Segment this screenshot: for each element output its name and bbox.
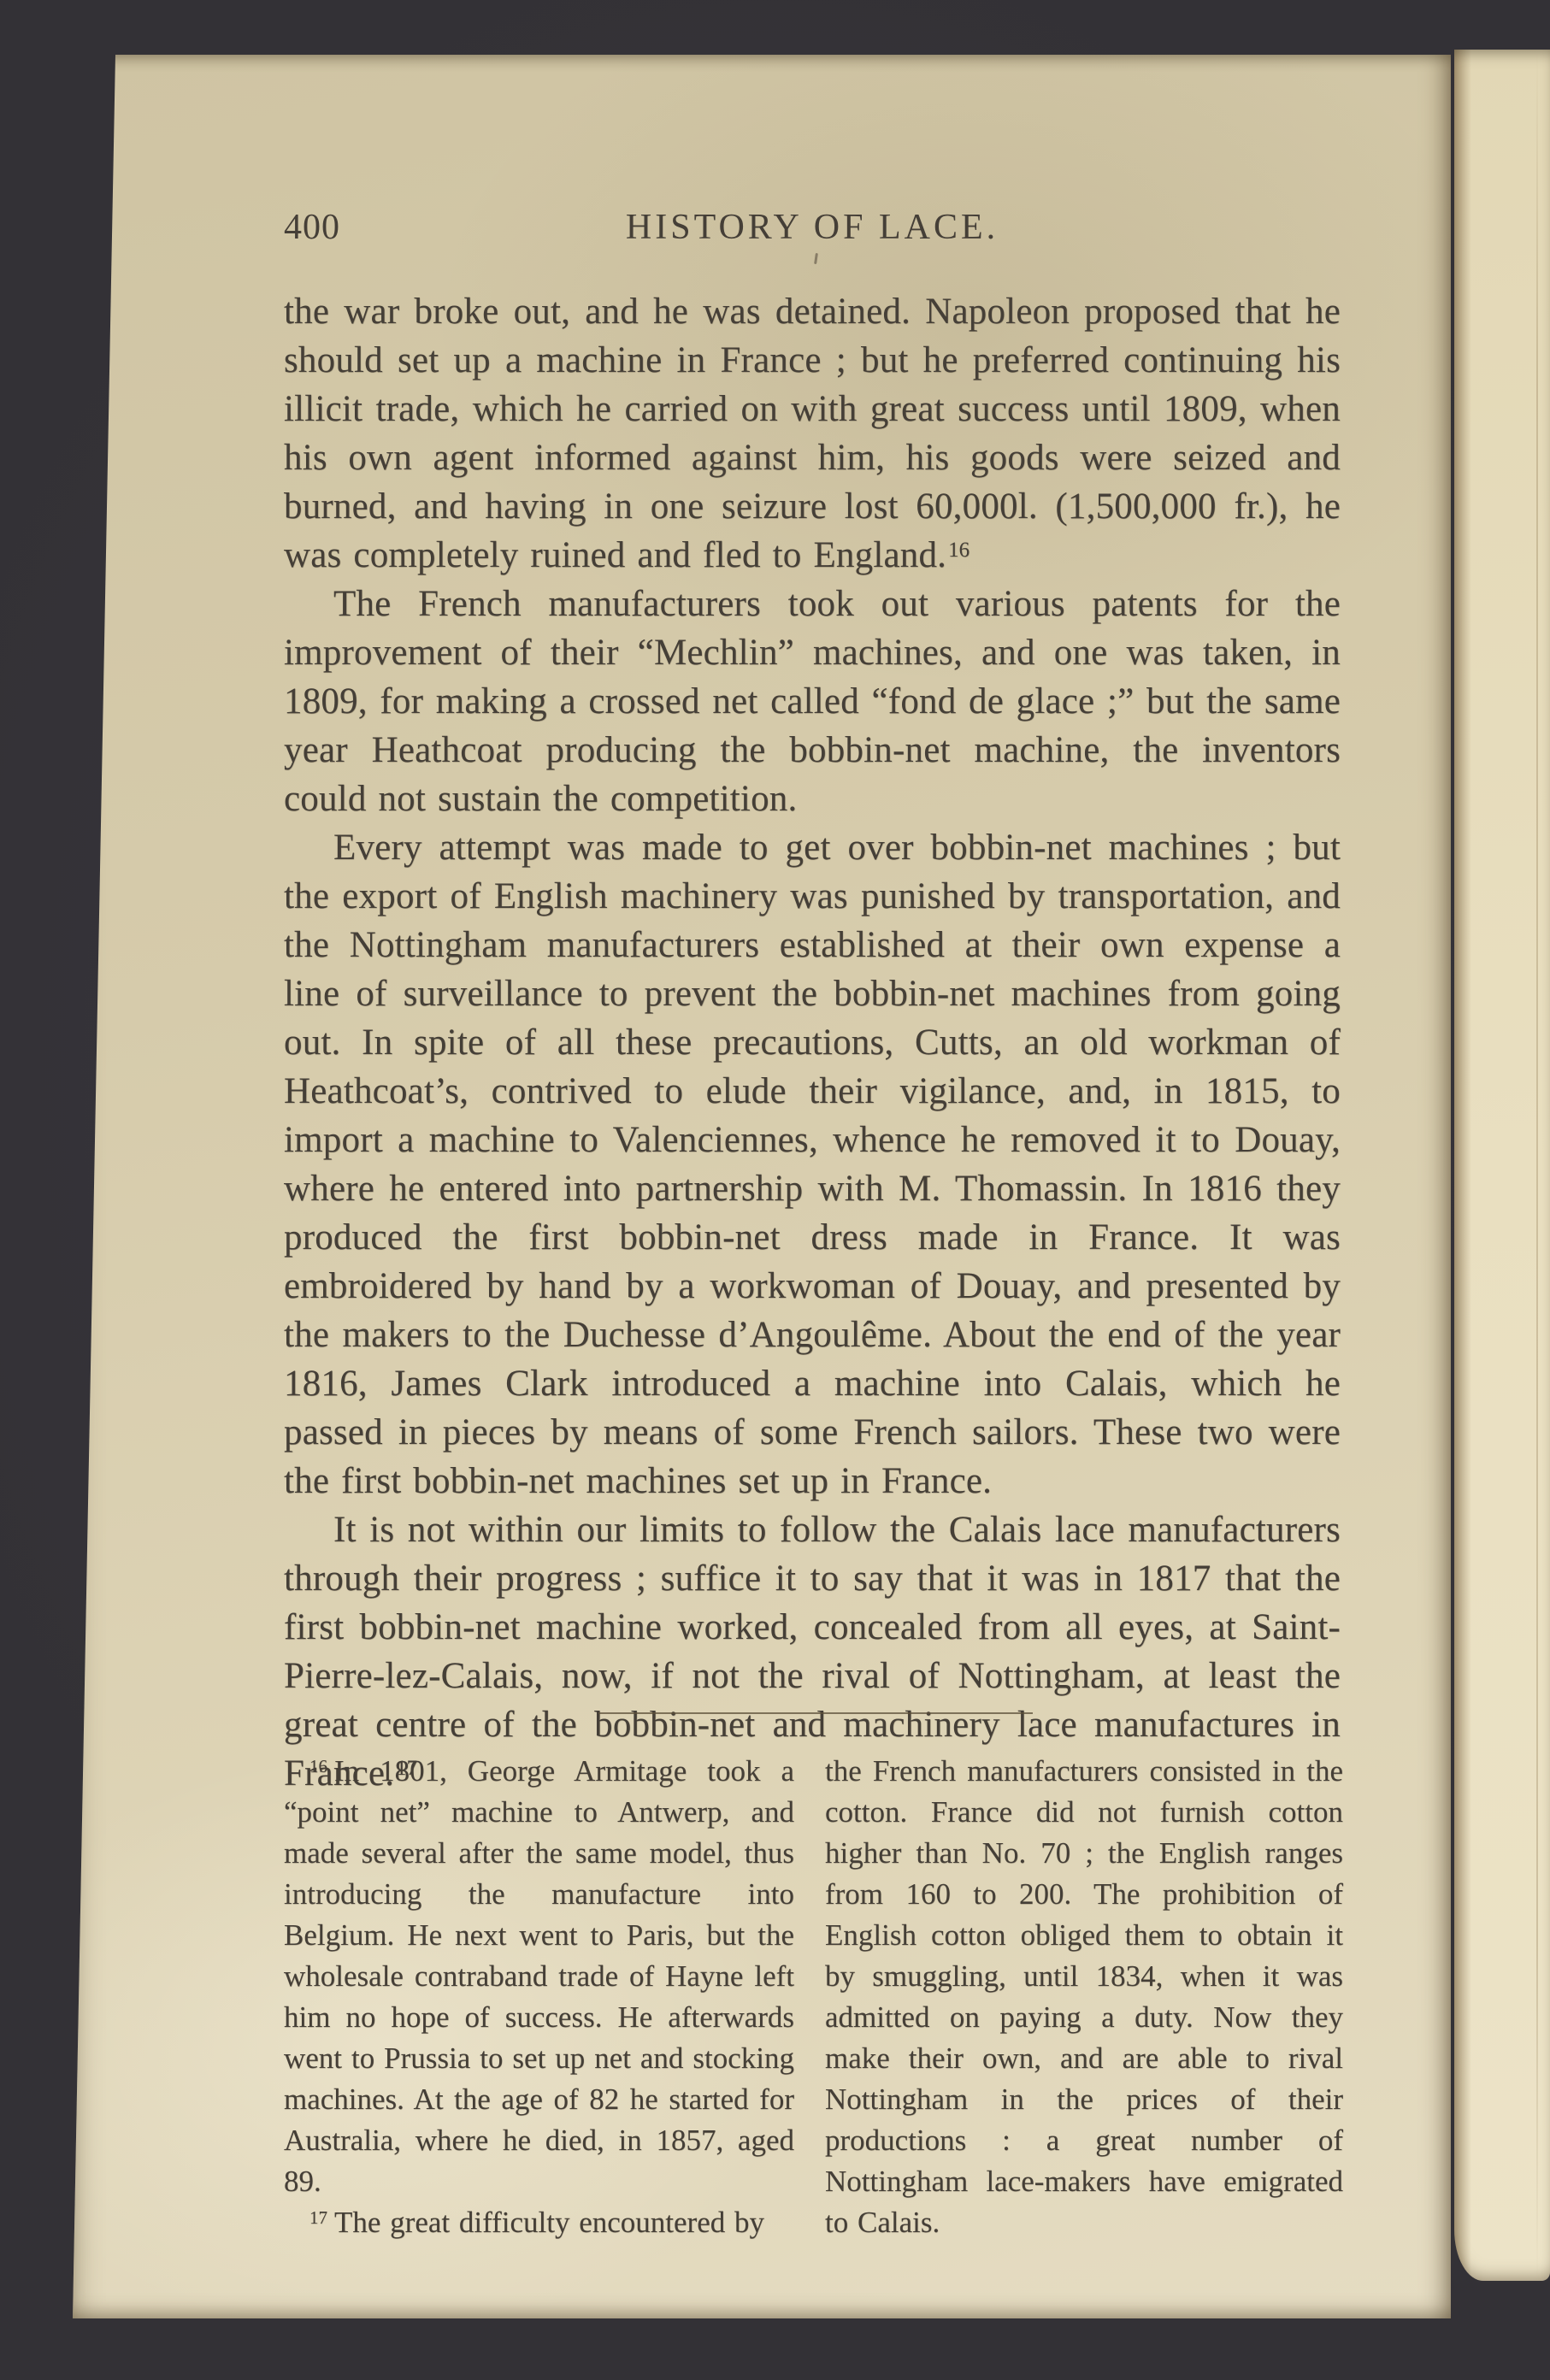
footnote-16: 16In 1801, George Armitage took a “point… [284, 1751, 794, 2202]
paragraph: The French manufacturers took out variou… [284, 580, 1341, 823]
paragraph-text: The French manufacturers took out variou… [284, 584, 1341, 819]
footnote-16-marker: 16 [309, 1756, 327, 1776]
footnote-column-right: the French manufacturers consisted in th… [825, 1751, 1343, 2243]
footnote-17-continuation: the French manufacturers consisted in th… [825, 1751, 1343, 2243]
scan-background: { "colors": { "background": "#333136", "… [0, 0, 1550, 2380]
footnote-divider [598, 1712, 1033, 1714]
footnote-column-left: 16In 1801, George Armitage took a “point… [284, 1751, 794, 2243]
paragraph: Every attempt was made to get over bobbi… [284, 823, 1341, 1505]
footnote-17: 17The great difficulty encountered by [284, 2202, 794, 2243]
book-page: 400 HISTORY OF LACE. the war broke out, … [73, 55, 1451, 2318]
scan-artifact [814, 253, 818, 264]
footnote-17-marker: 17 [309, 2207, 327, 2228]
paragraph: the war broke out, and he was detained. … [284, 287, 1341, 580]
running-title: HISTORY OF LACE. [284, 207, 1341, 248]
footnote-reference-16: 16 [948, 539, 969, 562]
paragraph-text: Every attempt was made to get over bobbi… [284, 828, 1341, 1501]
body-text: the war broke out, and he was detained. … [284, 287, 1341, 1798]
adjacent-page-edge [1454, 50, 1550, 2281]
running-head: 400 HISTORY OF LACE. [284, 207, 1341, 251]
footnote-16-text: In 1801, George Armitage took a “point n… [284, 1754, 794, 2198]
footnote-17-text: The great difficulty encountered by [334, 2206, 764, 2239]
page-crease [1536, 50, 1538, 2281]
paragraph-text: the war broke out, and he was detained. … [284, 292, 1341, 575]
